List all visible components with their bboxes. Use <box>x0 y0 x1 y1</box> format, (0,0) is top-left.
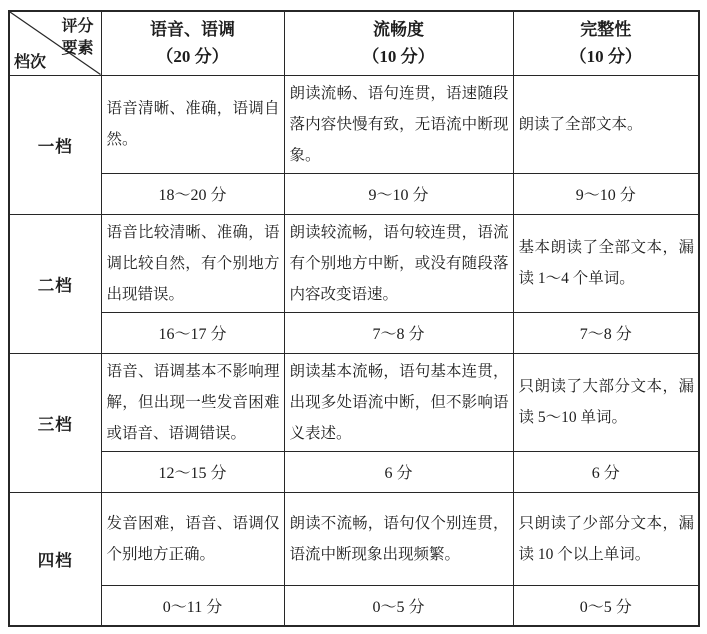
corner-label-factors: 评分要素 <box>55 16 93 59</box>
header-row: 评分要素 档次 语音、语调 （20 分） 流畅度 （10 分） 完整性 （10 … <box>9 11 699 75</box>
band2-completeness-score: 7～8 分 <box>513 312 699 353</box>
corner-cell: 评分要素 档次 <box>9 11 101 75</box>
band1-fluency-score: 9～10 分 <box>284 173 513 214</box>
band4-fluency-desc: 朗读不流畅，语句仅个别连贯，语流中断现象出现频繁。 <box>284 492 513 585</box>
corner-label-level: 档次 <box>14 49 46 72</box>
band1-pronunciation-score: 18～20 分 <box>101 173 284 214</box>
band1-completeness-desc: 朗读了全部文本。 <box>513 75 699 173</box>
band2-level-label: 二档 <box>9 214 101 353</box>
column-header-completeness: 完整性 （10 分） <box>513 11 699 75</box>
band3-fluency-score: 6 分 <box>284 451 513 492</box>
table-row: 一档 语音清晰、准确，语调自然。 朗读流畅、语句连贯，语速随段落内容快慢有致，无… <box>9 75 699 173</box>
band3-pronunciation-desc: 语音、语调基本不影响理解，但出现一些发音困难或语音、语调错误。 <box>101 353 284 451</box>
column-title: 流畅度 <box>287 16 511 43</box>
column-header-fluency: 流畅度 （10 分） <box>284 11 513 75</box>
column-points: （10 分） <box>516 43 697 70</box>
band3-completeness-desc: 只朗读了大部分文本，漏读 5～10 单词。 <box>513 353 699 451</box>
table-row: 18～20 分 9～10 分 9～10 分 <box>9 173 699 214</box>
band1-pronunciation-desc: 语音清晰、准确，语调自然。 <box>101 75 284 173</box>
column-points: （10 分） <box>287 43 511 70</box>
band4-completeness-desc: 只朗读了少部分文本，漏读 10 个以上单词。 <box>513 492 699 585</box>
table-row: 16～17 分 7～8 分 7～8 分 <box>9 312 699 353</box>
band4-level-label: 四档 <box>9 492 101 626</box>
table-row: 二档 语音比较清晰、准确，语调比较自然，有个别地方出现错误。 朗读较流畅，语句较… <box>9 214 699 312</box>
band3-level-label: 三档 <box>9 353 101 492</box>
table-row: 12～15 分 6 分 6 分 <box>9 451 699 492</box>
column-title: 语音、语调 <box>104 16 282 43</box>
band1-completeness-score: 9～10 分 <box>513 173 699 214</box>
column-points: （20 分） <box>104 43 282 70</box>
band3-completeness-score: 6 分 <box>513 451 699 492</box>
band2-fluency-desc: 朗读较流畅，语句较连贯，语流有个别地方中断，或没有随段落内容改变语速。 <box>284 214 513 312</box>
scoring-rubric-table: 评分要素 档次 语音、语调 （20 分） 流畅度 （10 分） 完整性 （10 … <box>8 10 700 627</box>
page: 评分要素 档次 语音、语调 （20 分） 流畅度 （10 分） 完整性 （10 … <box>0 0 707 634</box>
band3-fluency-desc: 朗读基本流畅，语句基本连贯，出现多处语流中断，但不影响语义表述。 <box>284 353 513 451</box>
band4-completeness-score: 0～5 分 <box>513 585 699 626</box>
column-header-pronunciation: 语音、语调 （20 分） <box>101 11 284 75</box>
band3-pronunciation-score: 12～15 分 <box>101 451 284 492</box>
table-row: 三档 语音、语调基本不影响理解，但出现一些发音困难或语音、语调错误。 朗读基本流… <box>9 353 699 451</box>
band2-pronunciation-score: 16～17 分 <box>101 312 284 353</box>
band2-fluency-score: 7～8 分 <box>284 312 513 353</box>
band2-completeness-desc: 基本朗读了全部文本，漏读 1～4 个单词。 <box>513 214 699 312</box>
band4-pronunciation-score: 0～11 分 <box>101 585 284 626</box>
table-row: 四档 发音困难，语音、语调仅个别地方正确。 朗读不流畅，语句仅个别连贯，语流中断… <box>9 492 699 585</box>
band1-fluency-desc: 朗读流畅、语句连贯，语速随段落内容快慢有致，无语流中断现象。 <box>284 75 513 173</box>
band1-level-label: 一档 <box>9 75 101 214</box>
band2-pronunciation-desc: 语音比较清晰、准确，语调比较自然，有个别地方出现错误。 <box>101 214 284 312</box>
column-title: 完整性 <box>516 16 697 43</box>
band4-fluency-score: 0～5 分 <box>284 585 513 626</box>
band4-pronunciation-desc: 发音困难，语音、语调仅个别地方正确。 <box>101 492 284 585</box>
table-row: 0～11 分 0～5 分 0～5 分 <box>9 585 699 626</box>
